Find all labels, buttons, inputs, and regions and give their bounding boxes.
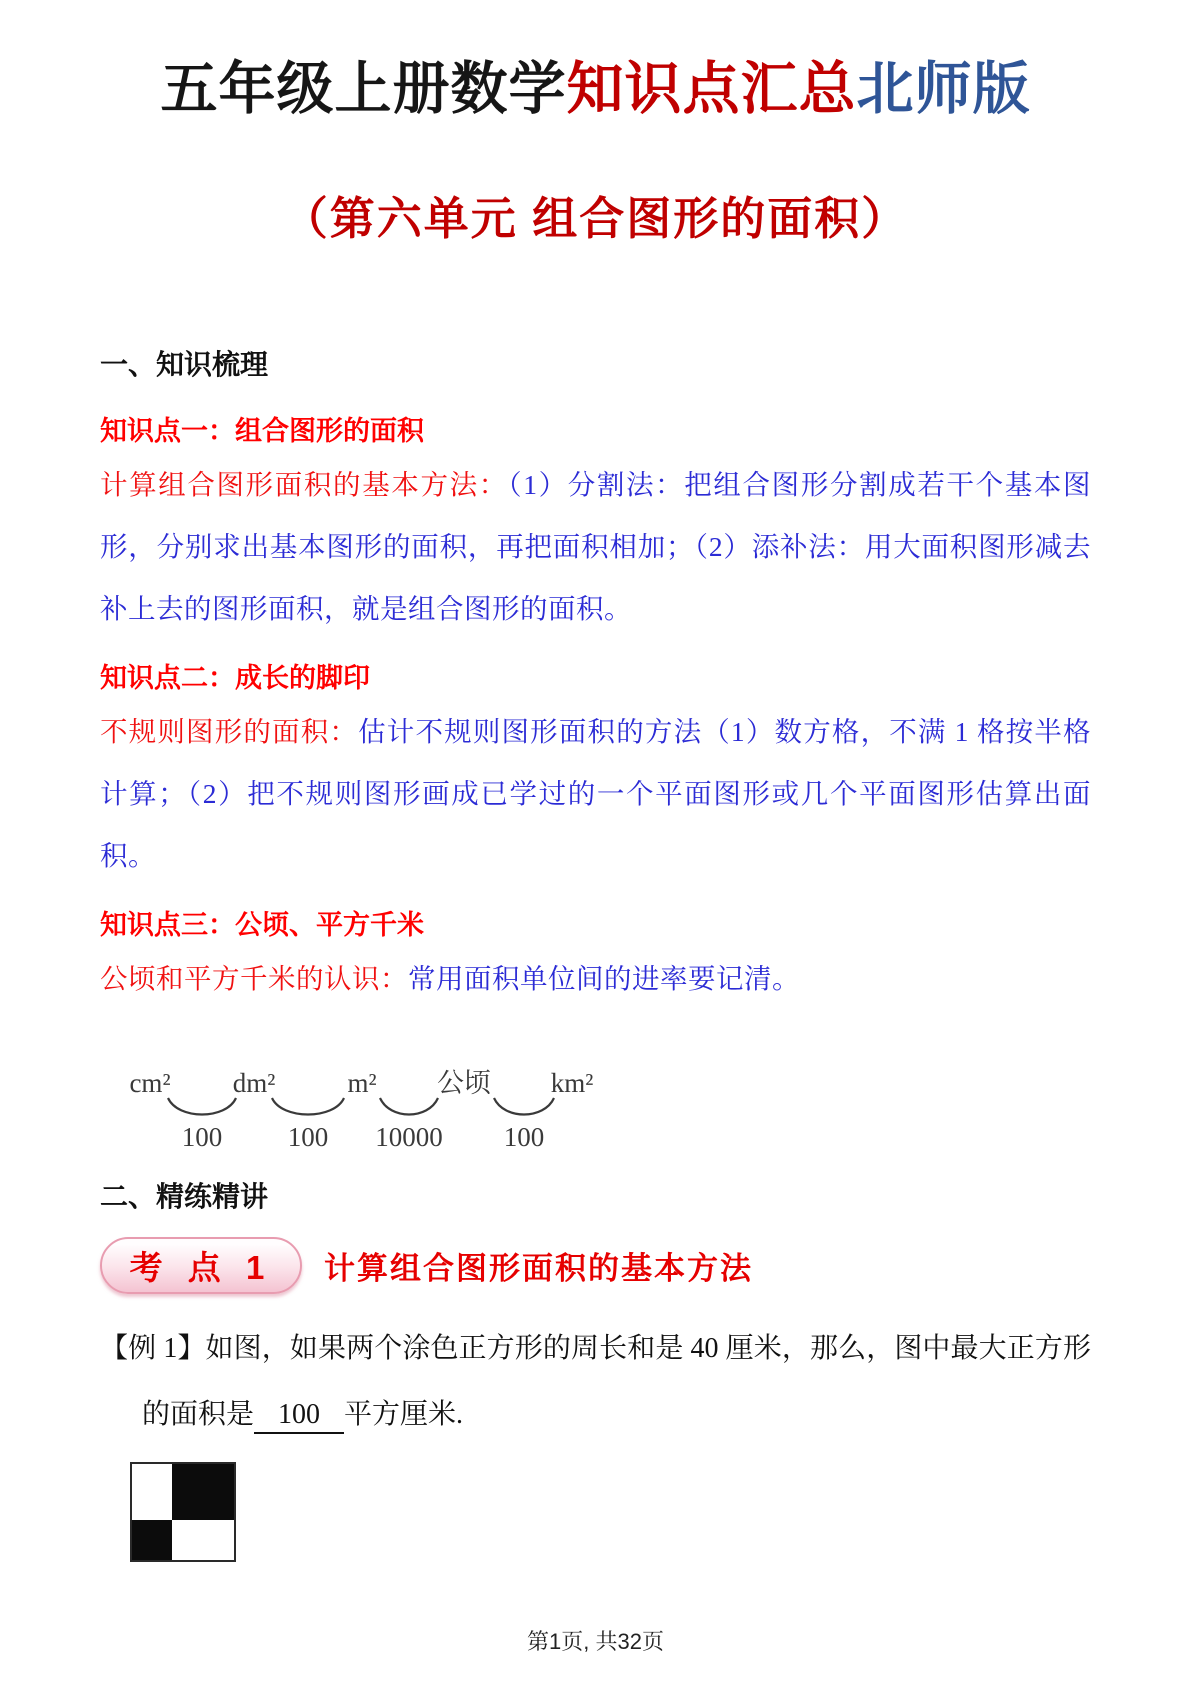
knowledge-point-1-heading: 知识点一：组合图形的面积 — [100, 409, 1091, 448]
figure-cell-bottom-right-white — [172, 1520, 234, 1560]
conversion-factor-3: 10000 — [375, 1122, 443, 1152]
knowledge-point-3-body: 常用面积单位间的进率要记清。 — [408, 963, 800, 994]
example-1-before: 【例 1】如图，如果两个涂色正方形的周长和是 40 厘米，那么，图中最大正方形的… — [100, 1333, 1091, 1430]
conversion-factor-2: 100 — [288, 1122, 329, 1152]
page-title: 五年级上册数学知识点汇总北师版 — [100, 52, 1091, 126]
section-heading-practice: 二、精练精讲 — [100, 1175, 1091, 1215]
example-1-figure-squares — [130, 1462, 236, 1562]
page-footer: 第1页, 共32页 — [0, 1625, 1191, 1656]
knowledge-point-3-lead: 公顷和平方千米的认识： — [100, 963, 408, 994]
exam-point-title: 计算组合图形面积的基本方法 — [324, 1243, 753, 1288]
exam-point-badge: 考 点 1 — [100, 1237, 302, 1294]
figure-cell-top-left-white — [132, 1464, 172, 1520]
unit-label-dm2: dm² — [233, 1068, 276, 1098]
knowledge-point-1-paragraph: 计算组合图形面积的基本方法：（1）分割法：把组合图形分割成若干个基本图形，分别求… — [100, 454, 1091, 640]
conversion-factor-4: 100 — [504, 1122, 545, 1152]
title-topic-part: 知识点汇总 — [567, 57, 857, 121]
knowledge-point-3-paragraph: 公顷和平方千米的认识：常用面积单位间的进率要记清。 — [100, 948, 1091, 1010]
example-1-text: 【例 1】如图，如果两个涂色正方形的周长和是 40 厘米，那么，图中最大正方形的… — [100, 1316, 1091, 1448]
conversion-factor-1: 100 — [182, 1122, 223, 1152]
knowledge-point-1-lead: 计算组合图形面积的基本方法： — [100, 469, 508, 500]
section-heading-knowledge-review: 一、知识梳理 — [100, 343, 1091, 383]
conversion-arc-4 — [494, 1098, 554, 1115]
conversion-arc-2 — [272, 1098, 344, 1115]
knowledge-point-2-heading: 知识点二：成长的脚印 — [100, 656, 1091, 695]
unit-label-hectare: 公顷 — [437, 1068, 491, 1098]
knowledge-point-3-heading: 知识点三：公顷、平方千米 — [100, 903, 1091, 942]
title-edition-part: 北师版 — [857, 57, 1031, 121]
page-subtitle: （第六单元 组合图形的面积） — [100, 182, 1091, 247]
knowledge-point-2-lead: 不规则图形的面积： — [100, 716, 358, 747]
example-1-answer-blank: 100 — [254, 1398, 344, 1434]
knowledge-point-2-paragraph: 不规则图形的面积：估计不规则图形面积的方法（1）数方格，不满 1 格按半格计算；… — [100, 701, 1091, 887]
title-grade-part: 五年级上册数学 — [161, 57, 567, 121]
example-1-after: 平方厘米. — [344, 1399, 463, 1430]
conversion-arc-1 — [168, 1098, 236, 1115]
unit-label-m2: m² — [347, 1068, 376, 1098]
unit-label-km2: km² — [551, 1068, 594, 1098]
figure-cell-bottom-left-black — [132, 1520, 172, 1560]
figure-cell-top-right-black — [172, 1464, 234, 1520]
unit-label-cm2: cm² — [129, 1068, 170, 1098]
unit-conversion-diagram: cm² dm² m² 公顷 km² 100 100 10000 100 — [112, 1066, 652, 1154]
exam-point-row: 考 点 1 计算组合图形面积的基本方法 — [100, 1237, 1091, 1294]
document-page: 五年级上册数学知识点汇总北师版 （第六单元 组合图形的面积） 一、知识梳理 知识… — [0, 0, 1191, 1684]
conversion-arc-3 — [380, 1098, 438, 1115]
